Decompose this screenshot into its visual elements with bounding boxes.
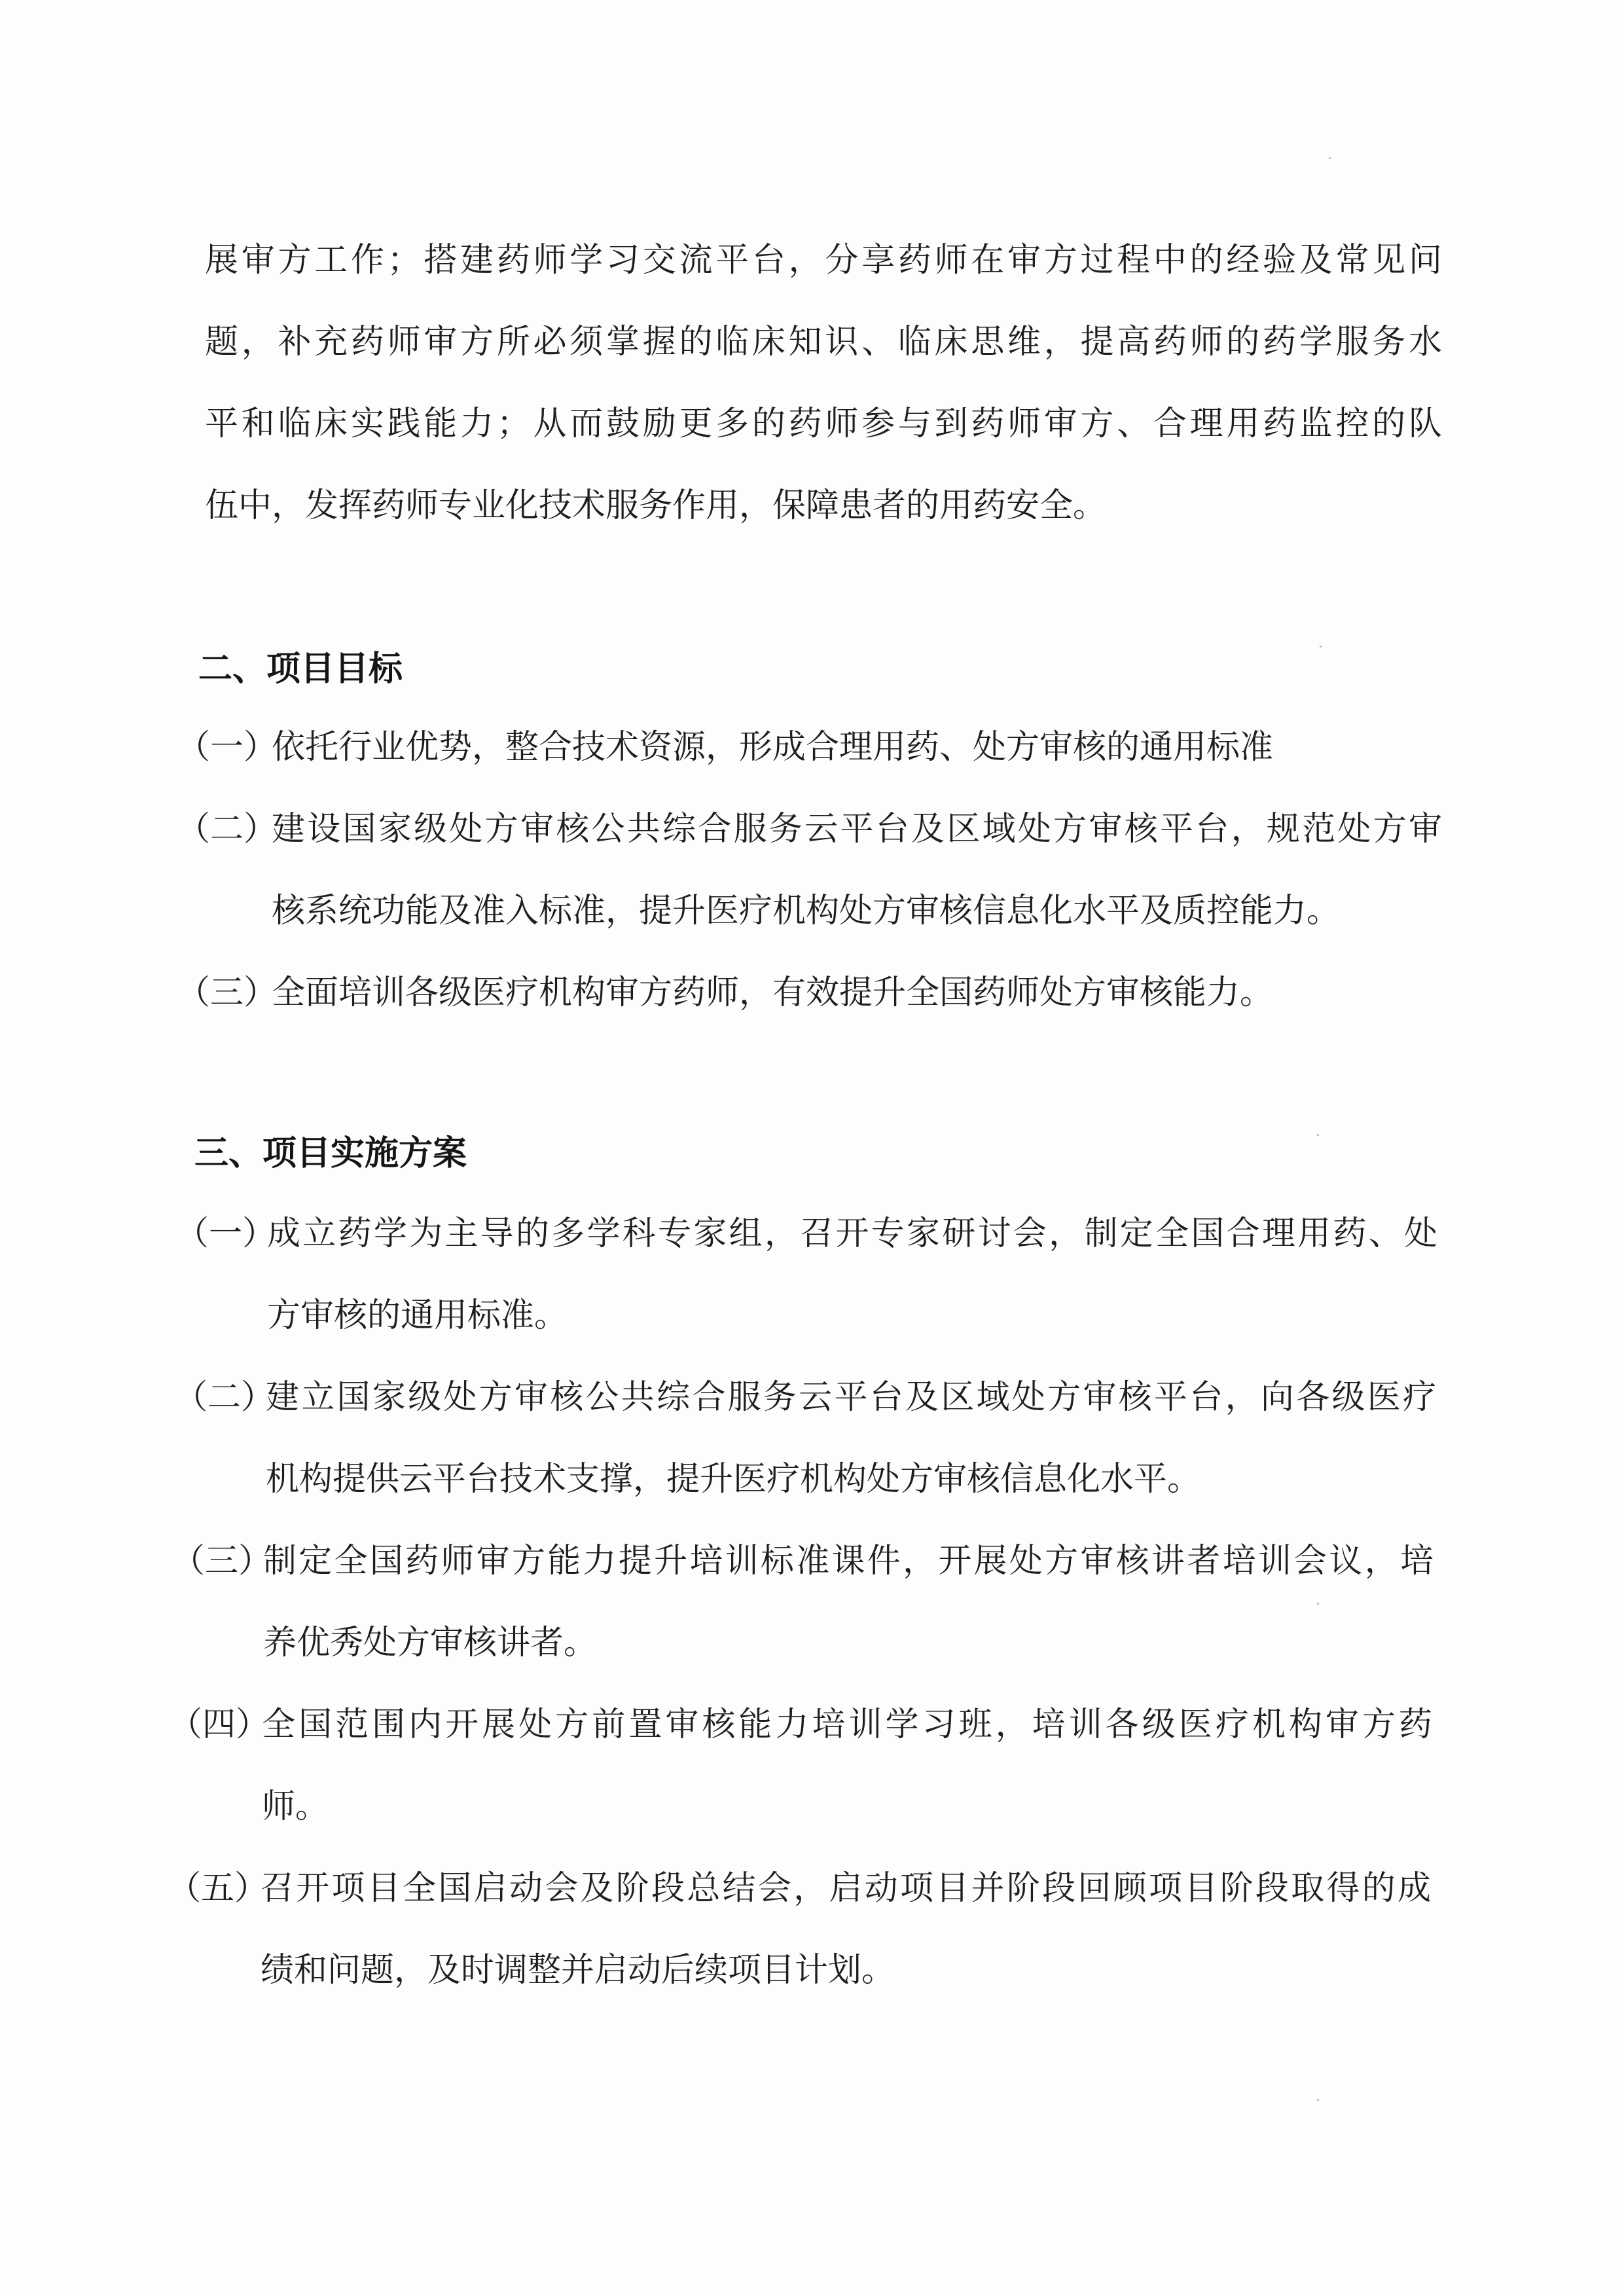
list-item-text-continued: 机构提供云平台技术支撑，提升医疗机构处方审核信息化水平。	[266, 1460, 1200, 1499]
list-item-text: 全国范围内开展处方前置审核能力培训学习班，培训各级医疗机构审方药	[262, 1705, 1432, 1745]
scan-speck	[1317, 2099, 1319, 2101]
scan-speck	[1320, 646, 1322, 647]
intro-line-4: 伍中，发挥药师专业化技术服务作用，保障患者的用药安全。	[205, 486, 1106, 526]
list-marker: （二）	[174, 1378, 274, 1417]
list-item-text: 召开项目全国启动会及阶段总结会，启动项目并阶段回顾项目阶段取得的成	[261, 1869, 1431, 1908]
list-item-text: 全面培训各级医疗机构审方药师，有效提升全国药师处方审核能力。	[272, 974, 1273, 1013]
list-item-text-continued: 核系统功能及准入标准，提升医疗机构处方审核信息化水平及质控能力。	[272, 892, 1340, 931]
list-marker: （三）	[171, 1542, 272, 1581]
list-marker: （五）	[168, 1869, 268, 1908]
list-item-text-continued: 养优秀处方审核讲者。	[263, 1624, 597, 1663]
list-item-text: 制定全国药师审方能力提升培训标准课件，开展处方审核讲者培训会议，培	[263, 1542, 1434, 1581]
intro-line-3: 平和临床实践能力；从而鼓励更多的药师参与到药师审方、合理用药监控的队	[205, 405, 1442, 444]
list-item-text: 成立药学为主导的多学科专家组，召开专家研讨会，制定全国合理用药、处	[267, 1214, 1437, 1254]
list-item-text: 建设国家级处方审核公共综合服务云平台及区域处方审核平台，规范处方审	[272, 810, 1442, 849]
list-item-text-continued: 方审核的通用标准。	[267, 1296, 568, 1336]
list-marker: （一）	[175, 1214, 276, 1254]
section-heading: 二、项目目标	[198, 649, 403, 689]
section-heading: 三、项目实施方案	[194, 1134, 467, 1173]
intro-line-1: 展审方工作；搭建药师学习交流平台，分享药师在审方过程中的经验及常见问	[205, 241, 1442, 280]
list-item-text: 建立国家级处方审核公共综合服务云平台及区域处方审核平台，向各级医疗	[266, 1378, 1436, 1417]
scan-speck	[1317, 1603, 1319, 1605]
list-marker: （一）	[177, 728, 277, 767]
scan-speck	[1329, 157, 1331, 159]
list-item-text-continued: 绩和问题，及时调整并启动后续项目计划。	[261, 1951, 895, 1990]
list-marker: （四）	[169, 1705, 269, 1745]
list-item-text-continued: 师。	[262, 1787, 329, 1827]
list-item-text: 依托行业优势，整合技术资源，形成合理用药、处方审核的通用标准	[272, 728, 1273, 767]
scan-speck	[1317, 1134, 1319, 1136]
list-marker: （三）	[177, 974, 277, 1013]
list-marker: （二）	[177, 810, 277, 849]
intro-line-2: 题，补充药师审方所必须掌握的临床知识、临床思维，提高药师的药学服务水	[205, 323, 1442, 362]
